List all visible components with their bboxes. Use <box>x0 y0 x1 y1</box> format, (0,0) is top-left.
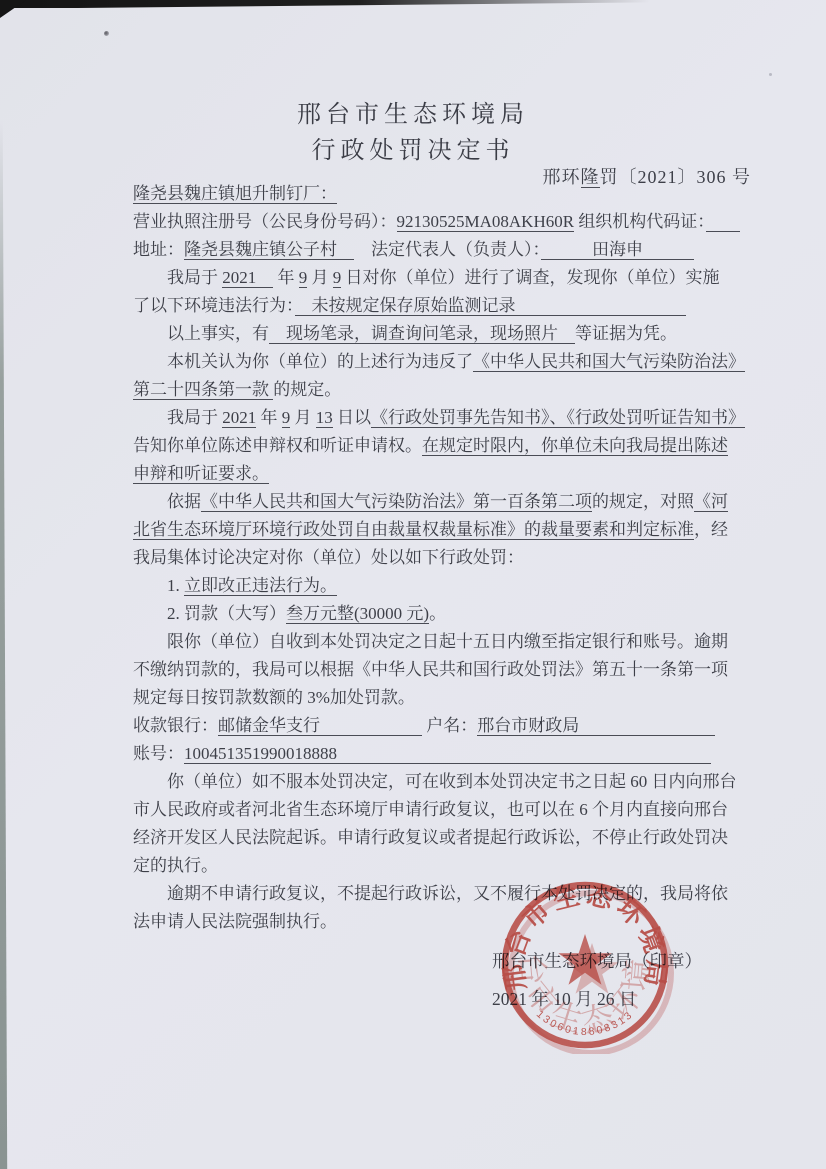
body-line: 地址：隆尧县魏庄镇公子村 法定代表人（负责人）： 田海申 <box>133 236 719 264</box>
printed-text: 我局于 <box>167 268 222 287</box>
paper-speck <box>769 73 772 76</box>
signature-block: 邢台市生态环境局（印章） 2021 年 10 月 26 日 <box>492 942 702 1018</box>
body-line: 账号：100451351990018888 <box>133 740 719 768</box>
body-line: 申辩和听证要求。 <box>133 460 719 488</box>
printed-text: 逾期不申请行政复议，不提起行政诉讼，又不履行本处罚决定的，我局将依 <box>167 884 728 903</box>
scanned-document-page: 邢台市生态环境局 行政处罚决定书 邢环隆罚〔2021〕306 号 隆尧县魏庄镇旭… <box>0 0 826 1169</box>
body-line: 我局于 2021 年 9 月 9 日对你（单位）进行了调查，发现你（单位）实施 <box>133 264 719 292</box>
body-line: 告知你单位陈述申辩权和听证申请权。在规定时限内，你单位未向我局提出陈述 <box>133 432 719 460</box>
body-line: 不缴纳罚款的，我局可以根据《中华人民共和国行政处罚法》第五十一条第一项 <box>133 656 719 684</box>
document-title-type: 行政处罚决定书 <box>0 130 826 165</box>
printed-text: 户名： <box>422 716 477 735</box>
filled-in-text: 第二十四条第一款 <box>133 380 273 400</box>
body-line: 我局于 2021 年 9 月 13 日以《行政处罚事先告知书》、《行政处罚听证告… <box>133 404 719 432</box>
printed-text: 规定每日按罚款数额的 3%加处罚款。 <box>133 688 415 707</box>
document-title-agency: 邢台市生态环境局 <box>0 94 826 129</box>
printed-text: 了以下环境违法行为： <box>133 296 295 315</box>
scan-edge-left <box>0 120 9 1169</box>
filled-in-text: 现场笔录，调查询问笔录，现场照片 <box>269 324 575 344</box>
body-line: 了以下环境违法行为： 未按规定保存原始监测记录 <box>133 292 719 320</box>
body-line: 限你（单位）自收到本处罚决定之日起十五日内缴至指定银行和账号。逾期 <box>133 628 719 656</box>
printed-text: 地址： <box>133 240 184 259</box>
printed-text: 定的执行。 <box>133 856 218 875</box>
body-line: 逾期不申请行政复议，不提起行政诉讼，又不履行本处罚决定的，我局将依 <box>133 880 719 908</box>
filled-in-text: 13 <box>316 408 333 428</box>
printed-text: 等证据为凭。 <box>575 324 677 343</box>
document-body: 隆尧县魏庄镇旭升制钉厂：营业执照注册号（公民身份号码）：92130525MA08… <box>133 180 719 936</box>
printed-text: 法定代表人（负责人）： <box>371 240 541 259</box>
body-line: 2. 罚款（大写）叁万元整(30000 元)。 <box>133 600 719 628</box>
printed-text: 月 <box>307 268 333 287</box>
printed-text: 日对你（单位）进行了调查，发现你（单位）实施 <box>341 268 719 287</box>
filled-in-text: 《中华人民共和国大气污染防治法》 <box>473 352 745 372</box>
filled-in-text: 申辩和听证要求。 <box>133 464 269 484</box>
filled-in-text: 9 <box>299 268 308 288</box>
signature-agency: 邢台市生态环境局（印章） <box>492 942 702 980</box>
printed-text: ，经 <box>694 520 728 539</box>
filled-in-text: 92130525MA08AKH60R <box>397 212 575 232</box>
filled-in-text: 《河 <box>694 492 728 512</box>
body-line: 隆尧县魏庄镇旭升制钉厂： <box>133 180 719 208</box>
staple-hole <box>104 31 109 36</box>
printed-text: 依据 <box>167 492 201 511</box>
scan-edge-top <box>0 0 650 8</box>
printed-text: 收款银行： <box>133 716 218 735</box>
body-line: 规定每日按罚款数额的 3%加处罚款。 <box>133 684 719 712</box>
filled-in-text: 在规定时限内，你单位未向我局提出陈述 <box>422 436 728 456</box>
body-line: 我局集体讨论决定对你（单位）处以如下行政处罚： <box>133 544 719 572</box>
filled-in-text: 叁万元整(30000 元) <box>286 604 429 624</box>
printed-text: 2. 罚款（大写） <box>167 604 286 623</box>
printed-text: 1. <box>167 576 184 595</box>
printed-text <box>354 240 371 259</box>
body-line: 以上事实，有 现场笔录，调查询问笔录，现场照片 等证据为凭。 <box>133 320 719 348</box>
filled-in-text: 2021 <box>222 268 273 288</box>
printed-text: 的规定。 <box>273 380 341 399</box>
printed-text: 经济开发区人民法院起诉。申请行政复议或者提起行政诉讼，不停止行政处罚决 <box>133 828 728 847</box>
filled-in-text: 田海申 <box>541 240 694 260</box>
printed-text: 账号： <box>133 744 184 763</box>
filled-in-text: 邢台市财政局 <box>477 716 715 736</box>
filled-in-text: 隆尧县魏庄镇公子村 <box>184 240 354 260</box>
printed-text: 年 <box>273 268 299 287</box>
filled-in-text: 9 <box>333 268 342 288</box>
body-line: 本机关认为你（单位）的上述行为违反了《中华人民共和国大气污染防治法》 <box>133 348 719 376</box>
printed-text: 我局于 <box>167 408 222 427</box>
body-line: 北省生态环境厅环境行政处罚自由裁量权裁量标准》的裁量要素和判定标准，经 <box>133 516 719 544</box>
printed-text: 本机关认为你（单位）的上述行为违反了 <box>167 352 473 371</box>
body-line: 收款银行：邮储金华支行 户名：邢台市财政局 <box>133 712 719 740</box>
filled-in-text: 100451351990018888 <box>184 744 711 764</box>
filled-in-text <box>706 212 740 232</box>
filled-in-text: 《中华人民共和国大气污染防治法》第一百条第二项 <box>201 492 592 512</box>
body-line: 经济开发区人民法院起诉。申请行政复议或者提起行政诉讼，不停止行政处罚决 <box>133 824 719 852</box>
printed-text: 告知你单位陈述申辩权和听证申请权。 <box>133 436 422 455</box>
printed-text: 不缴纳罚款的，我局可以根据《中华人民共和国行政处罚法》第五十一条第一项 <box>133 660 728 679</box>
printed-text: 组织机构代码证： <box>574 212 706 231</box>
body-line: 第二十四条第一款 的规定。 <box>133 376 719 404</box>
filled-in-text: 9 <box>282 408 291 428</box>
filled-in-text: 未按规定保存原始监测记录 <box>295 296 686 316</box>
body-line: 1. 立即改正违法行为。 <box>133 572 719 600</box>
filled-in-text: 邮储金华支行 <box>218 716 422 736</box>
printed-text: 日以 <box>333 408 371 427</box>
filled-in-text: 立即改正违法行为。 <box>184 576 337 596</box>
signature-date: 2021 年 10 月 26 日 <box>492 980 702 1018</box>
printed-text: 年 <box>256 408 282 427</box>
body-line: 市人民政府或者河北省生态环境厅申请行政复议，也可以在 6 个月内直接向邢台 <box>133 796 719 824</box>
body-line: 你（单位）如不服本处罚决定，可在收到本处罚决定书之日起 60 日内向邢台 <box>133 768 719 796</box>
body-line: 定的执行。 <box>133 852 719 880</box>
filled-in-text: 北省生态环境厅环境行政处罚自由裁量权裁量标准》的裁量要素和判定标准 <box>133 520 694 540</box>
filled-in-text: 隆尧县魏庄镇旭升制钉厂： <box>133 184 337 204</box>
body-line: 营业执照注册号（公民身份号码）：92130525MA08AKH60R 组织机构代… <box>133 208 719 236</box>
printed-text: 。 <box>429 604 446 623</box>
body-line: 依据《中华人民共和国大气污染防治法》第一百条第二项的规定，对照《河 <box>133 488 719 516</box>
printed-text: 月 <box>290 408 316 427</box>
printed-text: 你（单位）如不服本处罚决定，可在收到本处罚决定书之日起 60 日内向邢台 <box>167 772 737 791</box>
printed-text: 以上事实，有 <box>167 324 269 343</box>
printed-text: 限你（单位）自收到本处罚决定之日起十五日内缴至指定银行和账号。逾期 <box>167 632 728 651</box>
printed-text: 我局集体讨论决定对你（单位）处以如下行政处罚： <box>133 548 524 567</box>
printed-text: 的规定，对照 <box>592 492 694 511</box>
filled-in-text: 《行政处罚事先告知书》、《行政处罚听证告知书》 <box>371 408 745 428</box>
printed-text: 法申请人民法院强制执行。 <box>133 912 337 931</box>
filled-in-text: 2021 <box>222 408 256 428</box>
body-line: 法申请人民法院强制执行。 <box>133 908 719 936</box>
printed-text: 市人民政府或者河北省生态环境厅申请行政复议，也可以在 6 个月内直接向邢台 <box>133 800 728 819</box>
printed-text: 营业执照注册号（公民身份号码）： <box>133 212 397 231</box>
